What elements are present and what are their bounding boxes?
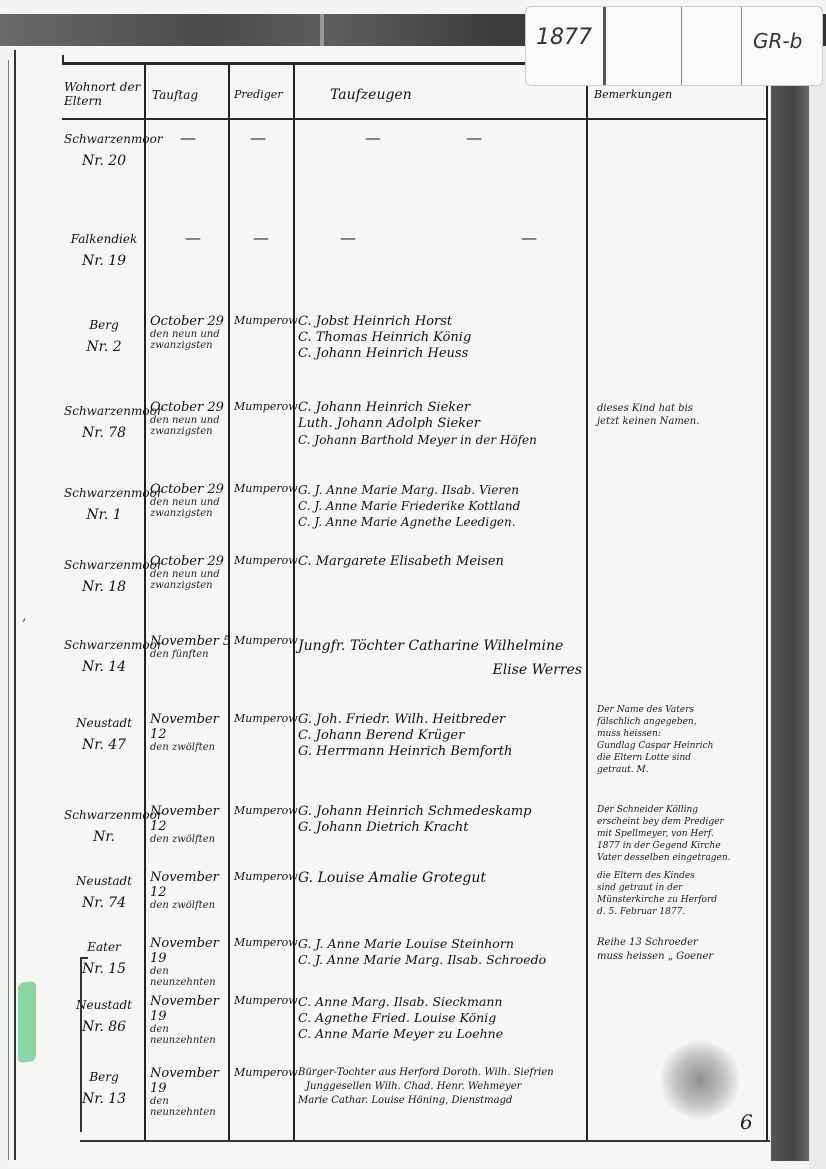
archive-label-card: 1877 GR-b — [525, 6, 823, 86]
row-date-words: den neunzehnten — [150, 1024, 232, 1046]
row-date-words: den zwölften — [150, 900, 232, 911]
row-date-words: den fünften — [150, 649, 232, 660]
sponsor-name: C. Johann Berend Krüger — [298, 728, 586, 744]
row-pastor: Mumperow — [234, 936, 292, 950]
ink-smudge — [660, 1040, 740, 1120]
sponsor-name: C. Anne Marie Meyer zu Loehne — [298, 1026, 586, 1042]
row-pastor: Mumperow — [234, 634, 292, 648]
row-pastor: Mumperow — [234, 712, 292, 726]
row-date: November 19 — [150, 994, 219, 1024]
row-date: October 29 — [150, 554, 224, 569]
row-location: Eater — [87, 940, 121, 954]
row-date-words: den neun und zwanzigsten — [150, 497, 232, 519]
row-house-number: Nr. 2 — [64, 336, 144, 358]
row-house-number: Nr. 20 — [64, 150, 144, 172]
sponsor-name: Jungfr. Töchter Catharine Wilhelmine — [298, 634, 586, 658]
remark-line: jetzt keinen Namen. — [597, 415, 769, 428]
row-date: October 29 — [150, 314, 224, 329]
remark-line: Gundlag Caspar Heinrich — [597, 740, 769, 752]
row-pastor: Mumperow — [234, 400, 292, 414]
label-code: GR-b — [753, 29, 802, 53]
table-header-rule — [62, 118, 767, 120]
row-pastor: Mumperow — [234, 314, 292, 328]
sponsor-name: G. J. Anne Marie Marg. Ilsab. Vieren — [298, 482, 586, 498]
sponsor-name: G. Joh. Friedr. Wilh. Heitbreder — [298, 712, 586, 728]
row-date: November 19 — [150, 1066, 219, 1096]
row-location: Berg — [89, 318, 118, 332]
row-pastor: — — [253, 228, 269, 247]
row-date: October 29 — [150, 400, 224, 415]
row-pastor: Mumperow — [234, 1066, 292, 1080]
sponsor-name: Junggesellen Wilh. Chad. Henr. Wehmeyer — [298, 1080, 586, 1094]
margin-bracket — [80, 957, 82, 1132]
row-date: — — [185, 228, 201, 247]
header-baptism-day: Tauftag — [152, 88, 198, 102]
sponsor-name: Luth. Johann Adolph Sieker — [298, 416, 586, 432]
row-house-number: Nr. 1 — [64, 504, 144, 526]
header-residence: Wohnort der Eltern — [64, 80, 144, 108]
row-pastor: Mumperow — [234, 482, 292, 496]
header-pastor: Prediger — [234, 88, 283, 102]
remark-line: Der Name des Vaters — [597, 704, 769, 716]
sponsor-name: C. Margarete Elisabeth Meisen — [298, 554, 586, 570]
sponsor-name: Bürger-Tochter aus Herford Doroth. Wilh.… — [298, 1066, 586, 1080]
row-location: Neustadt — [76, 874, 132, 888]
scan-right-edge — [809, 46, 826, 1169]
row-sponsors: — — — [340, 228, 617, 247]
remark-line: getraut. M. — [597, 764, 769, 776]
sponsor-name: C. J. Anne Marie Friederike Kottland — [298, 498, 586, 514]
row-date-words: den neunzehnten — [150, 966, 232, 988]
column-divider — [293, 62, 295, 1142]
row-location: Schwarzenmoor — [64, 486, 163, 500]
sponsor-name: Elise Werres — [298, 658, 586, 682]
row-date: November 12 — [150, 712, 219, 742]
page-number: 6 — [740, 1110, 753, 1134]
row-date: — — [180, 128, 196, 147]
row-pastor: — — [250, 128, 266, 147]
row-location: Schwarzenmoor — [64, 404, 163, 418]
remark-line: fälschlich angegeben, — [597, 716, 769, 728]
row-location: Schwarzenmoor — [64, 808, 163, 822]
row-location: Schwarzenmoor — [64, 558, 163, 572]
row-location: Berg — [89, 1070, 118, 1084]
remark-line: sind getraut in der — [597, 882, 769, 894]
row-house-number: Nr. 15 — [64, 958, 144, 980]
remark-line: mit Spellmeyer, von Herf. — [597, 828, 769, 840]
sponsor-name: C. Johann Heinrich Sieker — [298, 400, 586, 416]
row-date: November 19 — [150, 936, 219, 966]
row-house-number: Nr. 86 — [64, 1016, 144, 1038]
margin-mark: ‚ — [22, 608, 26, 624]
page-left-edge — [14, 50, 16, 1160]
row-date-words: den neun und zwanzigsten — [150, 415, 232, 437]
sponsor-name: G. Louise Amalie Grotegut — [298, 870, 586, 886]
row-pastor: Mumperow — [234, 554, 292, 568]
sponsor-name: Marie Cathar. Louise Höning, Dienstmagd — [298, 1094, 586, 1108]
sponsor-name: C. Thomas Heinrich König — [298, 330, 586, 346]
sponsor-name: G. Johann Dietrich Kracht — [298, 820, 586, 836]
row-house-number: Nr. 47 — [64, 734, 144, 756]
row-house-number: Nr. 14 — [64, 656, 144, 678]
sponsor-name: C. Agnethe Fried. Louise König — [298, 1010, 586, 1026]
remark-line: erscheint bey dem Prediger — [597, 816, 769, 828]
row-date: November 12 — [150, 870, 219, 900]
row-location: Schwarzenmoor — [64, 132, 163, 146]
row-date: November 5 — [150, 634, 231, 649]
row-sponsors: — — — [365, 128, 522, 147]
remark-line: Reihe 13 Schroeder — [597, 936, 769, 950]
row-date-words: den zwölften — [150, 742, 232, 753]
green-highlight-mark — [18, 981, 36, 1064]
table-bottom-rule — [80, 1140, 770, 1142]
row-pastor: Mumperow — [234, 994, 292, 1008]
remark-line: die Eltern Lotte sind — [597, 752, 769, 764]
row-house-number: Nr. 19 — [64, 250, 144, 272]
sponsor-name: C. J. Anne Marie Marg. Ilsab. Schroedo — [298, 952, 586, 968]
remark-line: die Eltern des Kindes — [597, 870, 769, 882]
sponsor-name: G. J. Anne Marie Louise Steinhorn — [298, 936, 586, 952]
row-house-number: Nr. — [64, 826, 144, 848]
scan-right-shadow — [771, 46, 809, 1161]
sponsor-name: G. Johann Heinrich Schmedeskamp — [298, 804, 586, 820]
header-sponsors: Taufzeugen — [330, 88, 412, 102]
row-location: Falkendiek — [71, 232, 138, 246]
sponsor-name: C. J. Anne Marie Agnethe Leedigen. — [298, 514, 586, 530]
row-date: October 29 — [150, 482, 224, 497]
remark-line: dieses Kind hat bis — [597, 402, 769, 415]
column-divider — [144, 62, 146, 1142]
sponsor-name: G. Herrmann Heinrich Bemforth — [298, 744, 586, 760]
scan-top-gap — [320, 14, 324, 46]
label-year: 1877 — [536, 25, 592, 50]
remark-line: muss heissen „ Goener — [597, 950, 769, 964]
sponsor-name: C. Johann Barthold Meyer in der Höfen — [298, 432, 586, 448]
row-date-words: den neun und zwanzigsten — [150, 329, 232, 351]
row-date: November 12 — [150, 804, 219, 834]
row-date-words: den neun und zwanzigsten — [150, 569, 232, 591]
row-date-words: den neunzehnten — [150, 1096, 232, 1118]
remark-line: Münsterkirche zu Herford — [597, 894, 769, 906]
row-pastor: Mumperow — [234, 870, 292, 884]
remark-line: Vater desselben eingetragen. — [597, 852, 769, 864]
row-house-number: Nr. 78 — [64, 422, 144, 444]
row-house-number: Nr. 13 — [64, 1088, 144, 1110]
row-house-number: Nr. 74 — [64, 892, 144, 914]
row-house-number: Nr. 18 — [64, 576, 144, 598]
sponsor-name: C. Johann Heinrich Heuss — [298, 346, 586, 362]
row-location: Neustadt — [76, 998, 132, 1012]
remark-line: d. 5. Februar 1877. — [597, 906, 769, 918]
row-pastor: Mumperow — [234, 804, 292, 818]
header-remarks: Bemerkungen — [594, 88, 672, 102]
column-divider — [586, 62, 588, 1142]
sponsor-name: C. Anne Marg. Ilsab. Sieckmann — [298, 994, 586, 1010]
sponsor-name: C. Jobst Heinrich Horst — [298, 314, 586, 330]
row-date-words: den zwölften — [150, 834, 232, 845]
page-left-edge-inner — [8, 60, 9, 1160]
row-location: Schwarzenmoor — [64, 638, 163, 652]
remark-line: Der Schneider Kölling — [597, 804, 769, 816]
row-location: Neustadt — [76, 716, 132, 730]
remark-line: muss heissen: — [597, 728, 769, 740]
remark-line: 1877 in der Gegend Kirche — [597, 840, 769, 852]
column-divider — [766, 62, 768, 1142]
